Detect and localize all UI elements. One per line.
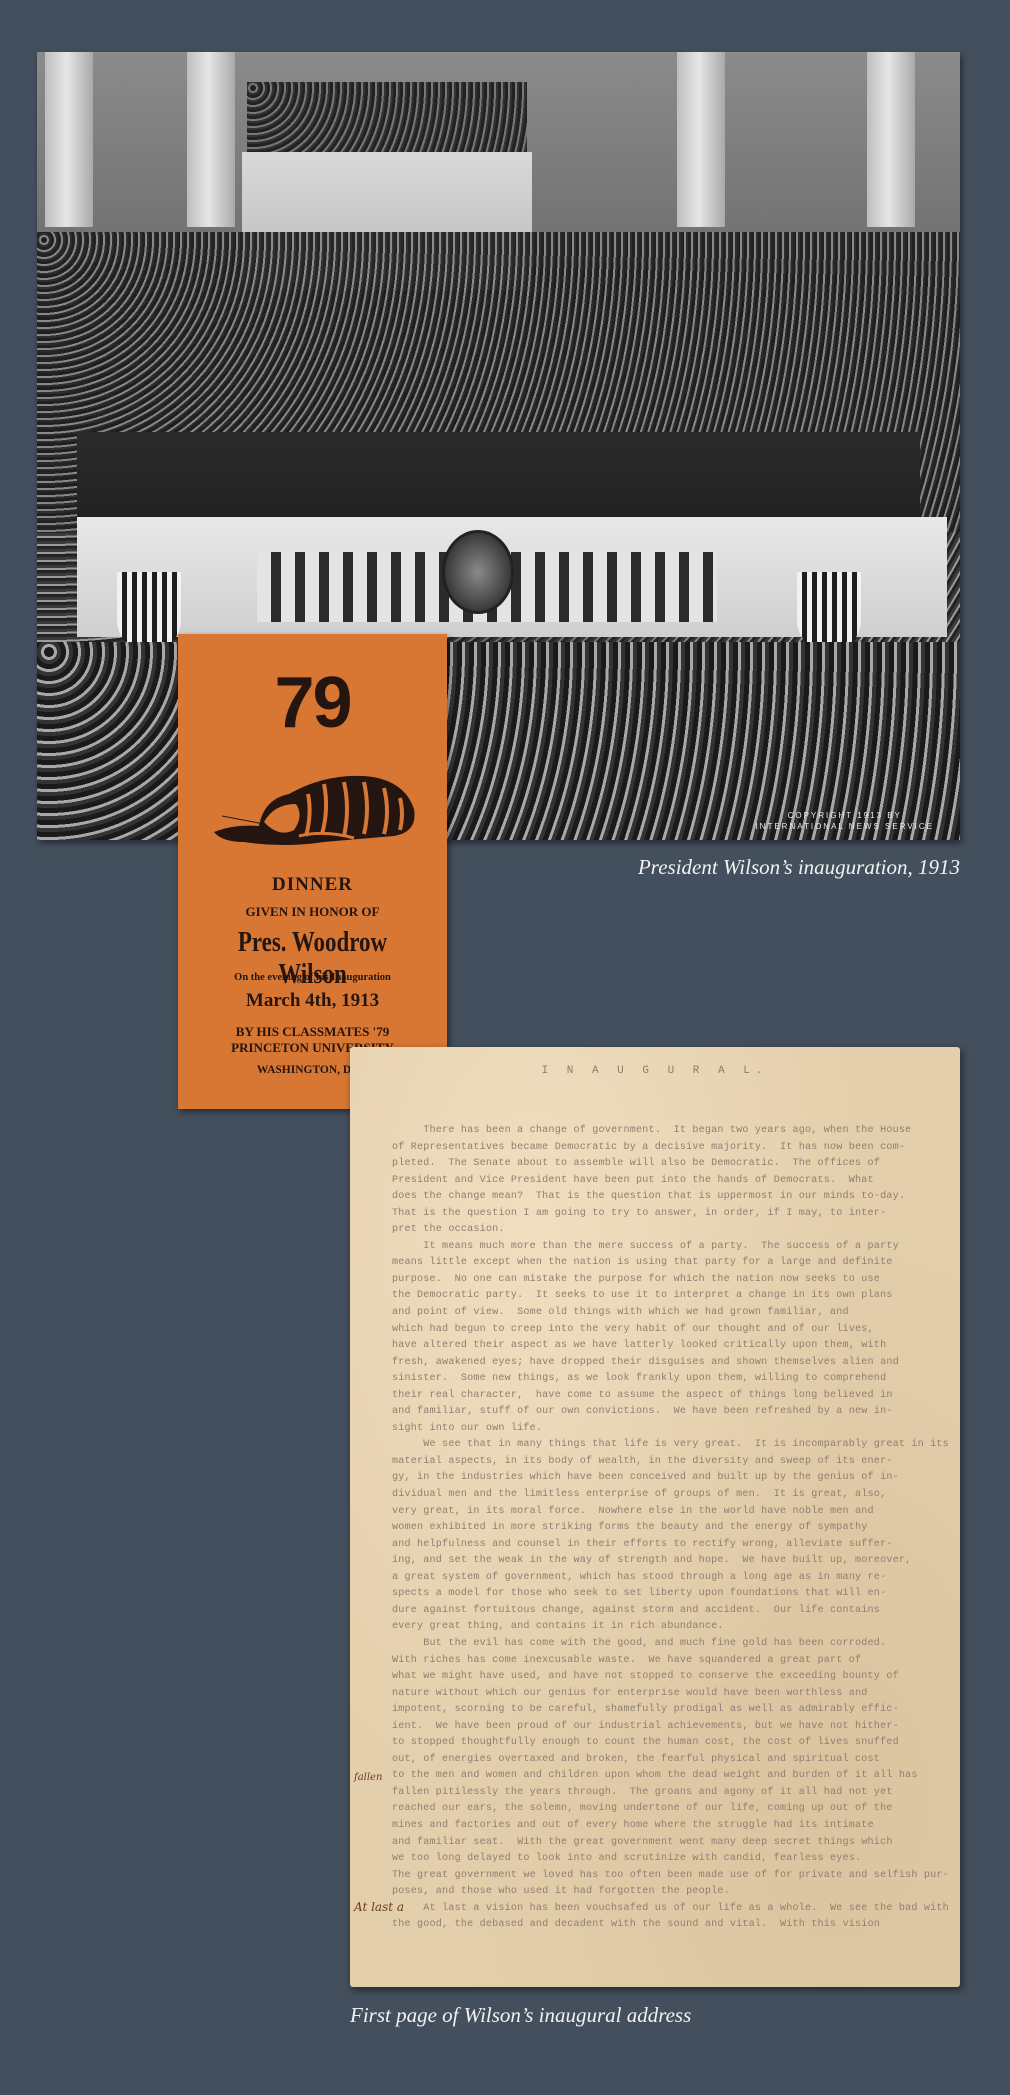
dinner-menu-card: 79 DINNER GIVEN IN HONOR OF Pres. Woodro… bbox=[178, 634, 447, 1109]
document-line: President and Vice President have been p… bbox=[392, 1173, 938, 1190]
photo-copyright: COPYRIGHT 1913 BY INTERNATIONAL NEWS SER… bbox=[755, 810, 934, 832]
document-line: a great system of government, which has … bbox=[392, 1570, 938, 1587]
margin-note: fallen bbox=[354, 1772, 382, 1783]
document-line: nature without which our genius for ente… bbox=[392, 1686, 938, 1703]
presidential-seal-icon bbox=[442, 530, 514, 614]
document-line: poses, and those who used it had forgott… bbox=[392, 1884, 938, 1901]
document-line: their real character, have come to assum… bbox=[392, 1388, 938, 1405]
document-line: material aspects, in its body of wealth,… bbox=[392, 1454, 938, 1471]
card-subtitle: GIVEN IN HONOR OF bbox=[178, 904, 447, 920]
margin-note: At last a bbox=[354, 1900, 404, 1914]
document-line: dividual men and the limitless enterpris… bbox=[392, 1487, 938, 1504]
document-line: the Democratic party. It seeks to use it… bbox=[392, 1288, 938, 1305]
document-line: sinister. Some new things, as we look fr… bbox=[392, 1371, 938, 1388]
document-line: what we might have used, and have not st… bbox=[392, 1669, 938, 1686]
document-line: women exhibited in more striking forms t… bbox=[392, 1520, 938, 1537]
occasion-line: On the evening of his Inauguration bbox=[178, 972, 447, 983]
document-line: reached our ears, the solemn, moving und… bbox=[392, 1801, 938, 1818]
document-line: and point of view. Some old things with … bbox=[392, 1305, 938, 1322]
document-line: ient. We have been proud of our industri… bbox=[392, 1719, 938, 1736]
inauguration-photo: COPYRIGHT 1913 BY INTERNATIONAL NEWS SER… bbox=[37, 52, 960, 840]
document-line: gy, in the industries which have been co… bbox=[392, 1470, 938, 1487]
document-line: have altered their aspect as we have lat… bbox=[392, 1338, 938, 1355]
document-line: spects a model for those who seek to set… bbox=[392, 1586, 938, 1603]
document-line: pret the occasion. bbox=[392, 1222, 938, 1239]
document-line: and familiar seat. With the great govern… bbox=[392, 1835, 938, 1852]
document-line: the good, the debased and decadent with … bbox=[392, 1917, 938, 1934]
document-line: out, of energies overtaxed and broken, t… bbox=[392, 1752, 938, 1769]
document-line: pleted. The Senate about to assemble wil… bbox=[392, 1156, 938, 1173]
document-line: very great, in its moral force. Nowhere … bbox=[392, 1504, 938, 1521]
document-line: impotent, scorning to be careful, shamef… bbox=[392, 1702, 938, 1719]
document-line: and familiar, stuff of our own convictio… bbox=[392, 1404, 938, 1421]
document-line: to stopped thoughtfully enough to count … bbox=[392, 1735, 938, 1752]
document-line: which had begun to creep into the very h… bbox=[392, 1322, 938, 1339]
document-line: fresh, awakened eyes; have dropped their… bbox=[392, 1355, 938, 1372]
document-line: At last a vision has been vouchsafed us … bbox=[392, 1901, 938, 1918]
document-line: fallen pitilessly the years through. The… bbox=[392, 1785, 938, 1802]
capitol-column bbox=[867, 52, 915, 227]
document-line: of Representatives became Democratic by … bbox=[392, 1140, 938, 1157]
flag-shield-icon bbox=[117, 572, 181, 652]
document-line: every great thing, and contains it in ri… bbox=[392, 1619, 938, 1636]
document-line: It means much more than the mere success… bbox=[392, 1239, 938, 1256]
tiger-icon bbox=[204, 754, 422, 854]
class-number: 79 bbox=[178, 662, 447, 744]
document-line: ing, and set the weak in the way of stre… bbox=[392, 1553, 938, 1570]
document-line: to the men and women and children upon w… bbox=[392, 1768, 938, 1785]
document-caption: First page of Wilson’s inaugural address bbox=[350, 2003, 691, 2028]
event-date: March 4th, 1913 bbox=[178, 990, 447, 1012]
document-line: mines and factories and out of every hom… bbox=[392, 1818, 938, 1835]
capitol-column bbox=[45, 52, 93, 227]
document-line: does the change mean? That is the questi… bbox=[392, 1189, 938, 1206]
document-line: We see that in many things that life is … bbox=[392, 1437, 938, 1454]
document-line: and helpfulness and counsel in their eff… bbox=[392, 1537, 938, 1554]
card-title: DINNER bbox=[178, 874, 447, 896]
flag-shield-icon bbox=[797, 572, 861, 652]
document-line: That is the question I am going to try t… bbox=[392, 1206, 938, 1223]
document-line: There has been a change of government. I… bbox=[392, 1123, 938, 1140]
document-line: dure against fortuitous change, against … bbox=[392, 1603, 938, 1620]
photo-caption: President Wilson’s inauguration, 1913 bbox=[638, 855, 960, 880]
document-line: But the evil has come with the good, and… bbox=[392, 1636, 938, 1653]
host-line: BY HIS CLASSMATES '79 bbox=[178, 1024, 447, 1040]
document-heading: I N A U G U R A L. bbox=[350, 1065, 960, 1077]
document-line: The great government we loved has too of… bbox=[392, 1868, 938, 1885]
document-line: With riches has come inexcusable waste. … bbox=[392, 1653, 938, 1670]
document-body: There has been a change of government. I… bbox=[392, 1123, 938, 1934]
capitol-column bbox=[187, 52, 235, 227]
inaugural-address-page: I N A U G U R A L. There has been a chan… bbox=[350, 1047, 960, 1987]
document-line: purpose. No one can mistake the purpose … bbox=[392, 1272, 938, 1289]
document-line: sight into our own life. bbox=[392, 1421, 938, 1438]
capitol-column bbox=[677, 52, 725, 227]
document-line: we too long delayed to look into and scr… bbox=[392, 1851, 938, 1868]
document-line: means little except when the nation is u… bbox=[392, 1255, 938, 1272]
